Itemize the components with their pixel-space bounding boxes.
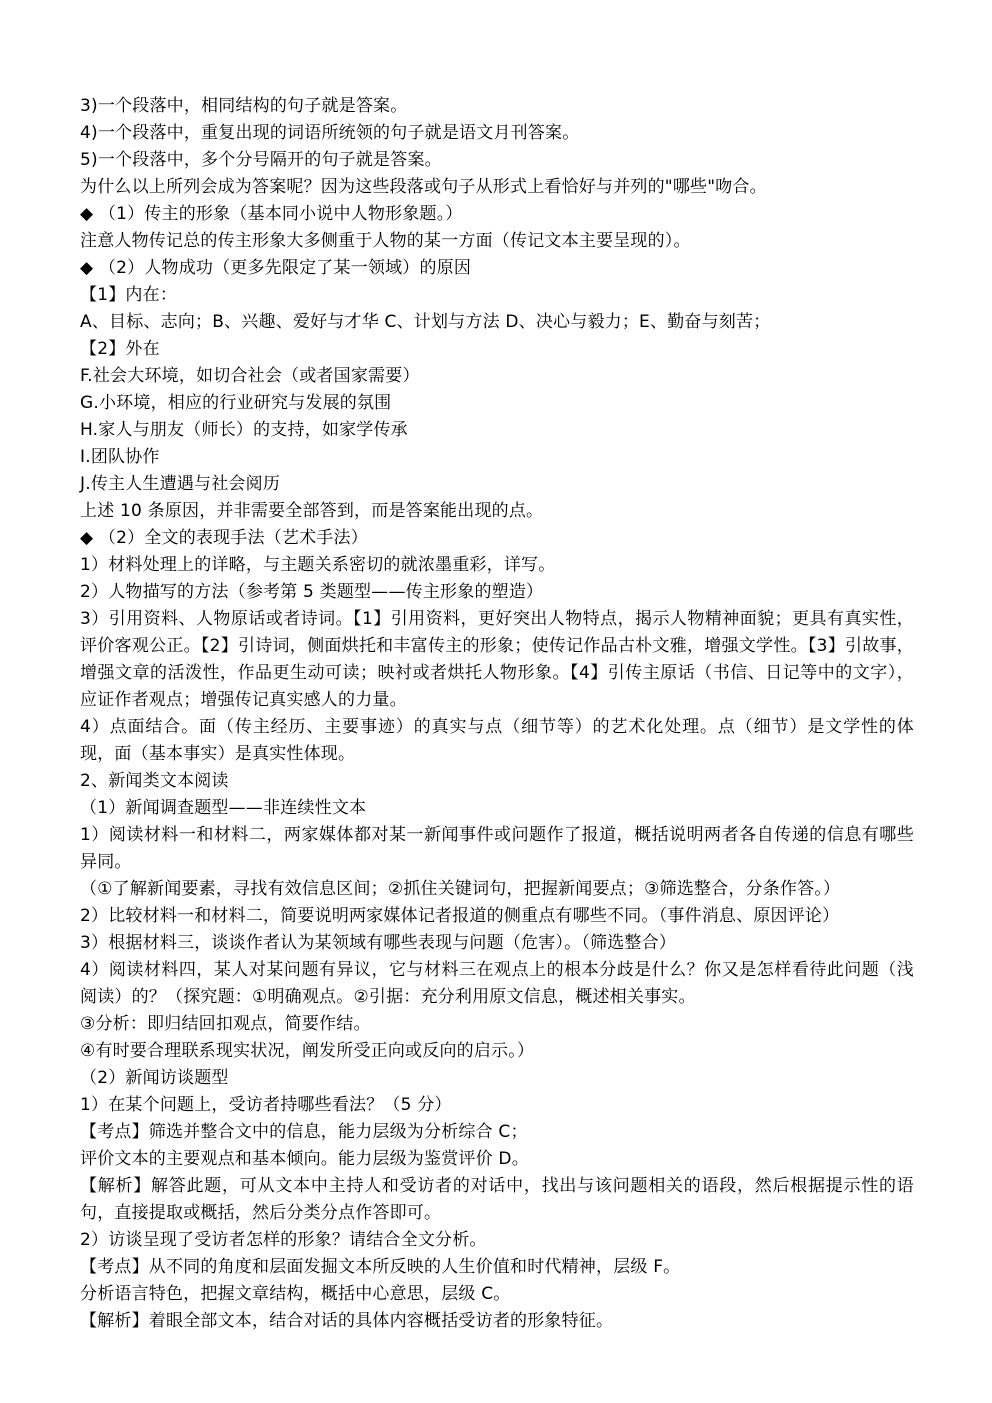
paragraph: 4)一个段落中，重复出现的词语所统领的句子就是语文月刊答案。: [80, 120, 914, 147]
paragraph: 【解析】解答此题，可从文本中主持人和受访者的对话中，找出与该问题相关的语段，然后…: [80, 1173, 914, 1227]
paragraph: （①了解新闻要素，寻找有效信息区间；②抓住关键词句，把握新闻要点；③筛选整合，分…: [80, 876, 914, 903]
paragraph: 【考点】筛选并整合文中的信息，能力层级为分析综合 C；: [80, 1119, 914, 1146]
paragraph: 分析语言特色，把握文章结构，概括中心意思，层级 C。: [80, 1281, 914, 1308]
paragraph: J.传主人生遭遇与社会阅历: [80, 471, 914, 498]
paragraph: 为什么以上所列会成为答案呢？因为这些段落或句子从形式上看恰好与并列的"哪些"吻合…: [80, 174, 914, 201]
paragraph: 【考点】从不同的角度和层面发掘文本所反映的人生价值和时代精神，层级 F。: [80, 1254, 914, 1281]
paragraph: （2）新闻访谈题型: [80, 1065, 914, 1092]
paragraph: 2）人物描写的方法（参考第 5 类题型——传主形象的塑造）: [80, 579, 914, 606]
paragraph: 5)一个段落中，多个分号隔开的句子就是答案。: [80, 147, 914, 174]
paragraph: 3)一个段落中，相同结构的句子就是答案。: [80, 93, 914, 120]
paragraph: A、目标、志向；B、兴趣、爱好与才华 C、计划与方法 D、决心与毅力；E、勤奋与…: [80, 309, 914, 336]
document-page: 3)一个段落中，相同结构的句子就是答案。4)一个段落中，重复出现的词语所统领的句…: [0, 0, 992, 1403]
paragraph: （1）新闻调查题型——非连续性文本: [80, 795, 914, 822]
paragraph: 3）引用资料、人物原话或者诗词。【1】引用资料，更好突出人物特点，揭示人物精神面…: [80, 606, 914, 714]
paragraph: 2）比较材料一和材料二，简要说明两家媒体记者报道的侧重点有哪些不同。（事件消息、…: [80, 903, 914, 930]
paragraph: 【2】外在: [80, 336, 914, 363]
paragraph: 评价文本的主要观点和基本倾向。能力层级为鉴赏评价 D。: [80, 1146, 914, 1173]
paragraph: 2）访谈呈现了受访者怎样的形象？请结合全文分析。: [80, 1227, 914, 1254]
paragraph: G.小环境，相应的行业研究与发展的氛围: [80, 390, 914, 417]
paragraph: 1）在某个问题上，受访者持哪些看法？（5 分）: [80, 1092, 914, 1119]
paragraph: 注意人物传记总的传主形象大多侧重于人物的某一方面（传记文本主要呈现的）。: [80, 228, 914, 255]
paragraph: 【解析】着眼全部文本，结合对话的具体内容概括受访者的形象特征。: [80, 1308, 914, 1335]
paragraph: ◆ （2）人物成功（更多先限定了某一领域）的原因: [80, 255, 914, 282]
paragraph: 上述 10 条原因，并非需要全部答到，而是答案能出现的点。: [80, 498, 914, 525]
paragraph: H.家人与朋友（师长）的支持，如家学传承: [80, 417, 914, 444]
paragraph: I.团队协作: [80, 444, 914, 471]
paragraph: ④有时要合理联系现实状况，阐发所受正向或反向的启示。）: [80, 1038, 914, 1065]
paragraph: 4）点面结合。面（传主经历、主要事迹）的真实与点（细节等）的艺术化处理。点（细节…: [80, 714, 914, 768]
paragraph: ◆ （2）全文的表现手法（艺术手法）: [80, 525, 914, 552]
document-body: 3)一个段落中，相同结构的句子就是答案。4)一个段落中，重复出现的词语所统领的句…: [80, 93, 914, 1335]
paragraph: 3）根据材料三，谈谈作者认为某领域有哪些表现与问题（危害）。（筛选整合）: [80, 930, 914, 957]
paragraph: 1）阅读材料一和材料二，两家媒体都对某一新闻事件或问题作了报道，概括说明两者各自…: [80, 822, 914, 876]
paragraph: ◆ （1）传主的形象（基本同小说中人物形象题。）: [80, 201, 914, 228]
paragraph: 2、新闻类文本阅读: [80, 768, 914, 795]
paragraph: F.社会大环境，如切合社会（或者国家需要）: [80, 363, 914, 390]
paragraph: 4）阅读材料四，某人对某问题有异议，它与材料三在观点上的根本分歧是什么？你又是怎…: [80, 957, 914, 1011]
paragraph: 1）材料处理上的详略，与主题关系密切的就浓墨重彩，详写。: [80, 552, 914, 579]
paragraph: ③分析：即归结回扣观点，简要作结。: [80, 1011, 914, 1038]
paragraph: 【1】内在：: [80, 282, 914, 309]
